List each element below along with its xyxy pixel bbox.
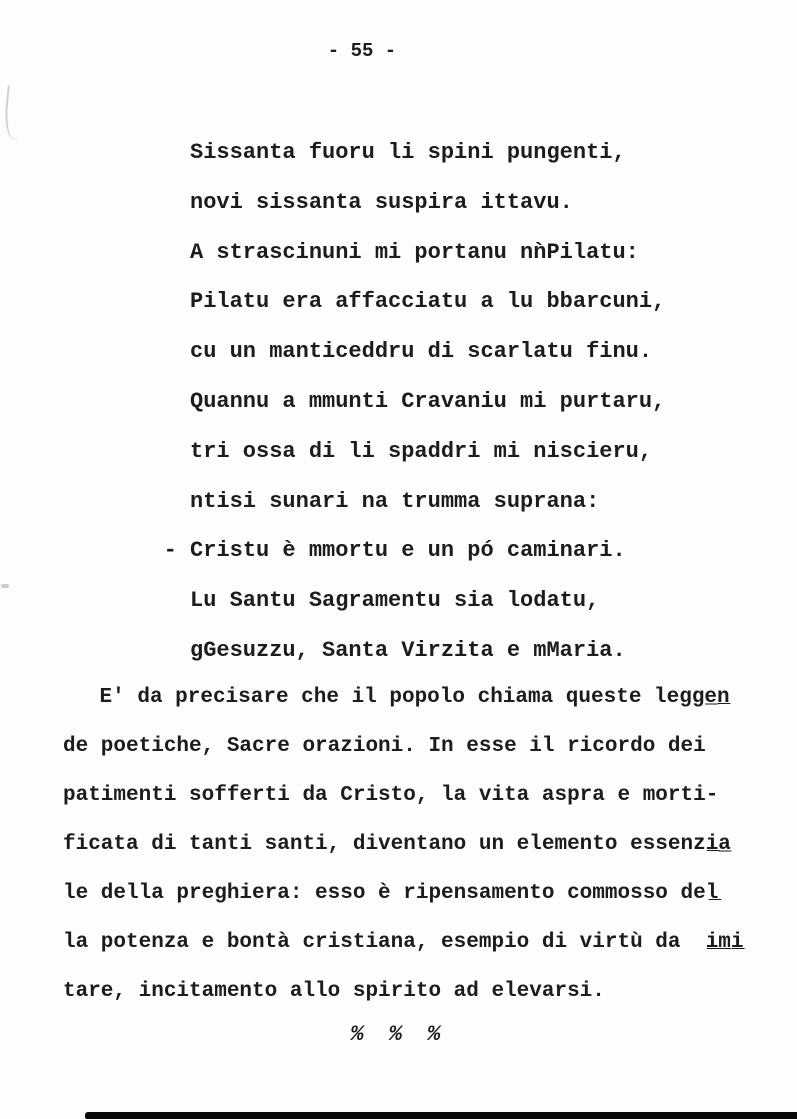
paragraph-line: E' da precisare che il popolo chiama que… bbox=[63, 673, 744, 722]
paragraph-line: tare, incitamento allo spirito ad elevar… bbox=[63, 967, 744, 1016]
scan-artifact-curve bbox=[2, 85, 23, 139]
scan-artifact-tick bbox=[1, 584, 9, 588]
paragraph-line: le della preghiera: esso è ripensamento … bbox=[63, 869, 744, 918]
paragraph-line: ficata di tanti santi, diventano un elem… bbox=[63, 820, 744, 869]
poem-line: Pilatu era affacciatu a lu bbarcuni, bbox=[190, 277, 665, 327]
scanned-document-page: - 55 - Sissanta fuoru li spini pungenti,… bbox=[0, 0, 797, 1119]
poem-line: Lu Santu Sagramentu sia lodatu, bbox=[190, 576, 665, 626]
paragraph-line: la potenza e bontà cristiana, esempio di… bbox=[63, 918, 744, 967]
poem-line: Sissanta fuoru li spini pungenti, bbox=[190, 128, 665, 178]
poem-line: ntisi sunari na trumma suprana: bbox=[190, 477, 665, 527]
paragraph-line: de poetiche, Sacre orazioni. In esse il … bbox=[63, 722, 744, 771]
poem-line: tri ossa di li spaddri mi niscieru, bbox=[190, 427, 665, 477]
poem-line: cu un manticeddru di scarlatu finu. bbox=[190, 327, 665, 377]
section-separator: % % % bbox=[0, 1022, 797, 1047]
poem-line: - Cristu è mmortu e un pó caminari. bbox=[190, 526, 665, 576]
body-paragraph: E' da precisare che il popolo chiama que… bbox=[63, 673, 744, 1016]
page-bottom-edge bbox=[85, 1112, 797, 1119]
poem-line: gGesuzzu, Santa Virzita e mMaria. bbox=[190, 626, 665, 676]
poem-line: Quannu a mmunti Cravaniu mi purtaru, bbox=[190, 377, 665, 427]
poem-line: A strascinuni mi portanu nǹPilatu: bbox=[190, 228, 665, 278]
poem-block: Sissanta fuoru li spini pungenti,novi si… bbox=[190, 128, 665, 676]
paragraph-line: patimenti sofferti da Cristo, la vita as… bbox=[63, 771, 744, 820]
poem-line: novi sissanta suspira ittavu. bbox=[190, 178, 665, 228]
page-number: - 55 - bbox=[0, 40, 724, 62]
